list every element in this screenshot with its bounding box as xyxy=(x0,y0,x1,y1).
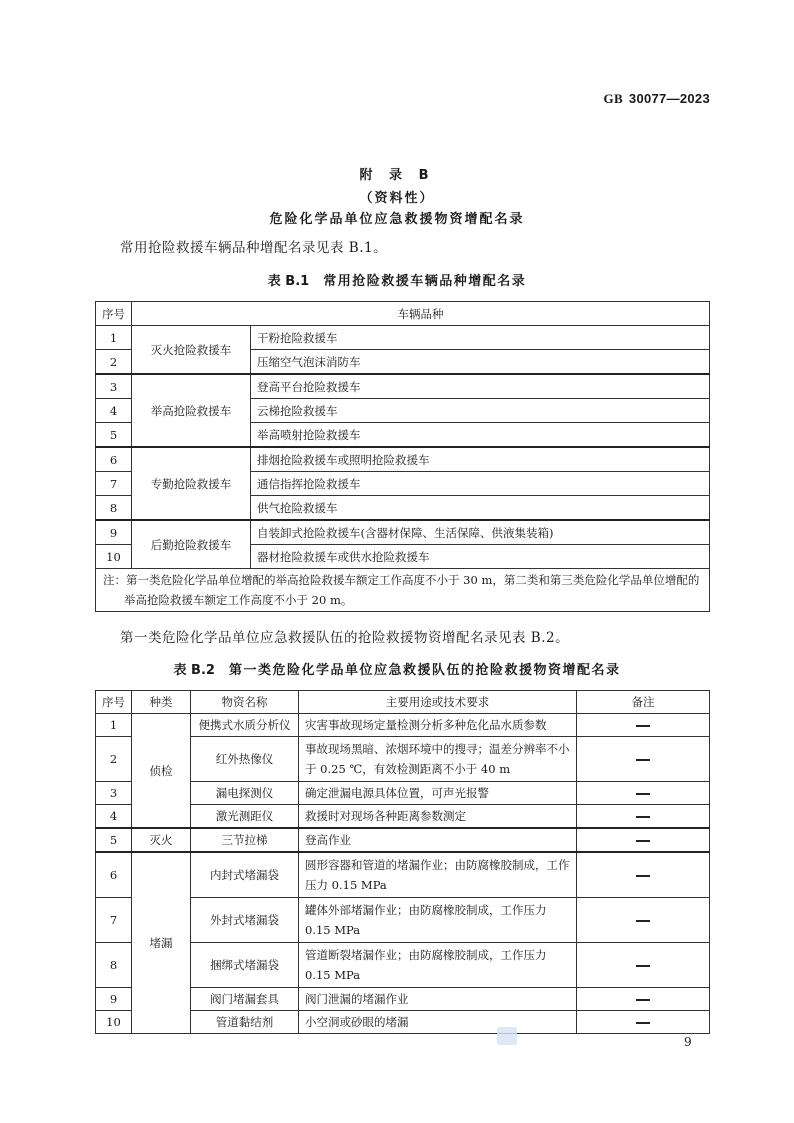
cell-category: 专勤抢险救援车 xyxy=(132,447,251,520)
cell-category: 灭火抢险救援车 xyxy=(132,326,251,375)
appendix-title: 危险化学品单位应急救援物资增配名录 xyxy=(0,208,794,227)
cell-name: 便携式水质分析仪 xyxy=(191,714,299,737)
cell-usage: 事故现场黑暗、浓烟环境中的搜寻；温差分辨率不小于 0.25 ℃，有效检测距离不小… xyxy=(299,737,577,782)
table-b2-number: 表 B.2 xyxy=(174,663,215,678)
cell-name: 三节拉梯 xyxy=(191,828,299,852)
dash-mark xyxy=(636,840,650,842)
standard-prefix: GB xyxy=(604,91,623,106)
cell-remark xyxy=(577,988,710,1011)
table-note: 注：第一类危险化学品单位增配的举高抢险救援车额定工作高度不小于 30 m，第二类… xyxy=(96,569,710,612)
cell-seq: 5 xyxy=(96,423,132,448)
intro-paragraph-b2: 第一类危险化学品单位应急救援队伍的抢险救援物资增配名录见表 B.2。 xyxy=(120,626,569,646)
cell-vehicle: 压缩空气泡沫消防车 xyxy=(251,350,710,375)
cell-vehicle: 举高喷射抢险救援车 xyxy=(251,423,710,448)
cell-remark xyxy=(577,782,710,805)
table-row: 1 侦检 便携式水质分析仪 灾害事故现场定量检测分析多种危化品水质参数 xyxy=(96,714,710,737)
table-row: 9 后勤抢险救援车 自装卸式抢险救援车(含器材保障、生活保障、供液集装箱) xyxy=(96,520,710,545)
table-row: 3 举高抢险救援车 登高平台抢险救援车 xyxy=(96,374,710,399)
cell-kind: 堵漏 xyxy=(132,852,191,1034)
header-seq: 序号 xyxy=(96,691,132,714)
cell-name: 漏电探测仪 xyxy=(191,782,299,805)
cell-usage: 灾害事故现场定量检测分析多种危化品水质参数 xyxy=(299,714,577,737)
cell-seq: 8 xyxy=(96,496,132,521)
appendix-label: 附 录 B xyxy=(0,164,794,183)
header-usage: 主要用途或技术要求 xyxy=(299,691,577,714)
table-row: 1 灭火抢险救援车 干粉抢险救援车 xyxy=(96,326,710,350)
cell-remark xyxy=(577,852,710,898)
cell-category: 举高抢险救援车 xyxy=(132,374,251,447)
cell-usage: 管道断裂堵漏作业；由防腐橡胶制成，工作压力 0.15 MPa xyxy=(299,943,577,988)
table-row: 6 专勤抢险救援车 排烟抢险救援车或照明抢险救援车 xyxy=(96,447,710,472)
cell-name: 阀门堵漏套具 xyxy=(191,988,299,1011)
table-b2-caption: 表 B.2第一类危险化学品单位应急救援队伍的抢险救援物资增配名录 xyxy=(0,659,794,678)
table-note-row: 注：第一类危险化学品单位增配的举高抢险救援车额定工作高度不小于 30 m，第二类… xyxy=(96,569,710,612)
cell-name: 激光测距仪 xyxy=(191,805,299,829)
dash-mark xyxy=(636,875,650,877)
cell-seq: 10 xyxy=(96,1011,132,1034)
cell-remark xyxy=(577,943,710,988)
cell-name: 内封式堵漏袋 xyxy=(191,852,299,898)
cell-name: 捆绑式堵漏袋 xyxy=(191,943,299,988)
cell-name: 管道黏结剂 xyxy=(191,1011,299,1034)
dash-mark xyxy=(636,999,650,1001)
cell-vehicle: 云梯抢险救援车 xyxy=(251,399,710,423)
cell-vehicle: 自装卸式抢险救援车(含器材保障、生活保障、供液集装箱) xyxy=(251,520,710,545)
cell-usage: 阀门泄漏的堵漏作业 xyxy=(299,988,577,1011)
cell-seq: 8 xyxy=(96,943,132,988)
cell-remark xyxy=(577,737,710,782)
dash-mark xyxy=(636,965,650,967)
cell-vehicle: 供气抢险救援车 xyxy=(251,496,710,521)
cell-seq: 5 xyxy=(96,828,132,852)
cell-vehicle: 器材抢险救援车或供水抢险救援车 xyxy=(251,545,710,569)
appendix-nature: （资料性） xyxy=(0,187,794,206)
cell-seq: 6 xyxy=(96,447,132,472)
cell-usage: 登高作业 xyxy=(299,828,577,852)
cell-category: 后勤抢险救援车 xyxy=(132,520,251,569)
cell-seq: 3 xyxy=(96,374,132,399)
table-b1-number: 表 B.1 xyxy=(268,274,309,289)
dash-mark xyxy=(636,920,650,922)
cell-usage: 小空洞或砂眼的堵漏 xyxy=(299,1011,577,1034)
dash-mark xyxy=(636,725,650,727)
cell-seq: 3 xyxy=(96,782,132,805)
standard-code: GB30077—2023 xyxy=(604,91,710,107)
page-number: 9 xyxy=(684,1035,692,1049)
table-b1-title: 常用抢险救援车辆品种增配名录 xyxy=(323,274,526,289)
cell-usage: 救援时对现场各种距离参数测定 xyxy=(299,805,577,829)
cell-name: 红外热像仪 xyxy=(191,737,299,782)
dash-mark xyxy=(636,793,650,795)
table-b2-title: 第一类危险化学品单位应急救援队伍的抢险救援物资增配名录 xyxy=(229,663,621,678)
header-vehicle: 车辆品种 xyxy=(132,302,710,326)
dash-mark xyxy=(636,816,650,818)
table-b1-caption: 表 B.1常用抢险救援车辆品种增配名录 xyxy=(0,270,794,289)
cell-seq: 1 xyxy=(96,326,132,350)
cell-seq: 2 xyxy=(96,737,132,782)
cell-vehicle: 排烟抢险救援车或照明抢险救援车 xyxy=(251,447,710,472)
dash-mark xyxy=(636,759,650,761)
cell-seq: 6 xyxy=(96,852,132,898)
header-seq: 序号 xyxy=(96,302,132,326)
cell-remark xyxy=(577,1011,710,1034)
watermark-logo xyxy=(497,1027,517,1045)
header-name: 物资名称 xyxy=(191,691,299,714)
dash-mark xyxy=(636,1022,650,1024)
cell-usage: 罐体外部堵漏作业；由防腐橡胶制成，工作压力 0.15 MPa xyxy=(299,898,577,943)
cell-seq: 4 xyxy=(96,805,132,829)
table-header-row: 序号 种类 物资名称 主要用途或技术要求 备注 xyxy=(96,691,710,714)
intro-paragraph-b1: 常用抢险救援车辆品种增配名录见表 B.1。 xyxy=(120,236,387,256)
table-header-row: 序号 车辆品种 xyxy=(96,302,710,326)
cell-vehicle: 通信指挥抢险救援车 xyxy=(251,472,710,496)
cell-seq: 7 xyxy=(96,472,132,496)
cell-seq: 2 xyxy=(96,350,132,375)
cell-usage: 圆形容器和管道的堵漏作业；由防腐橡胶制成，工作压力 0.15 MPa xyxy=(299,852,577,898)
table-row: 5 灭火 三节拉梯 登高作业 xyxy=(96,828,710,852)
cell-seq: 7 xyxy=(96,898,132,943)
cell-seq: 1 xyxy=(96,714,132,737)
cell-remark xyxy=(577,898,710,943)
cell-kind: 灭火 xyxy=(132,828,191,852)
cell-seq: 9 xyxy=(96,988,132,1011)
standard-number: 30077—2023 xyxy=(629,91,710,106)
cell-remark xyxy=(577,805,710,829)
cell-seq: 10 xyxy=(96,545,132,569)
cell-name: 外封式堵漏袋 xyxy=(191,898,299,943)
cell-usage: 确定泄漏电源具体位置，可声光报警 xyxy=(299,782,577,805)
table-b2: 序号 种类 物资名称 主要用途或技术要求 备注 1 侦检 便携式水质分析仪 灾害… xyxy=(95,690,710,1034)
table-b1: 序号 车辆品种 1 灭火抢险救援车 干粉抢险救援车 2 压缩空气泡沫消防车 3 … xyxy=(95,301,710,612)
cell-remark xyxy=(577,714,710,737)
cell-vehicle: 干粉抢险救援车 xyxy=(251,326,710,350)
cell-seq: 9 xyxy=(96,520,132,545)
cell-kind: 侦检 xyxy=(132,714,191,829)
header-kind: 种类 xyxy=(132,691,191,714)
table-row: 6 堵漏 内封式堵漏袋 圆形容器和管道的堵漏作业；由防腐橡胶制成，工作压力 0.… xyxy=(96,852,710,898)
cell-seq: 4 xyxy=(96,399,132,423)
cell-remark xyxy=(577,828,710,852)
header-remark: 备注 xyxy=(577,691,710,714)
cell-vehicle: 登高平台抢险救援车 xyxy=(251,374,710,399)
